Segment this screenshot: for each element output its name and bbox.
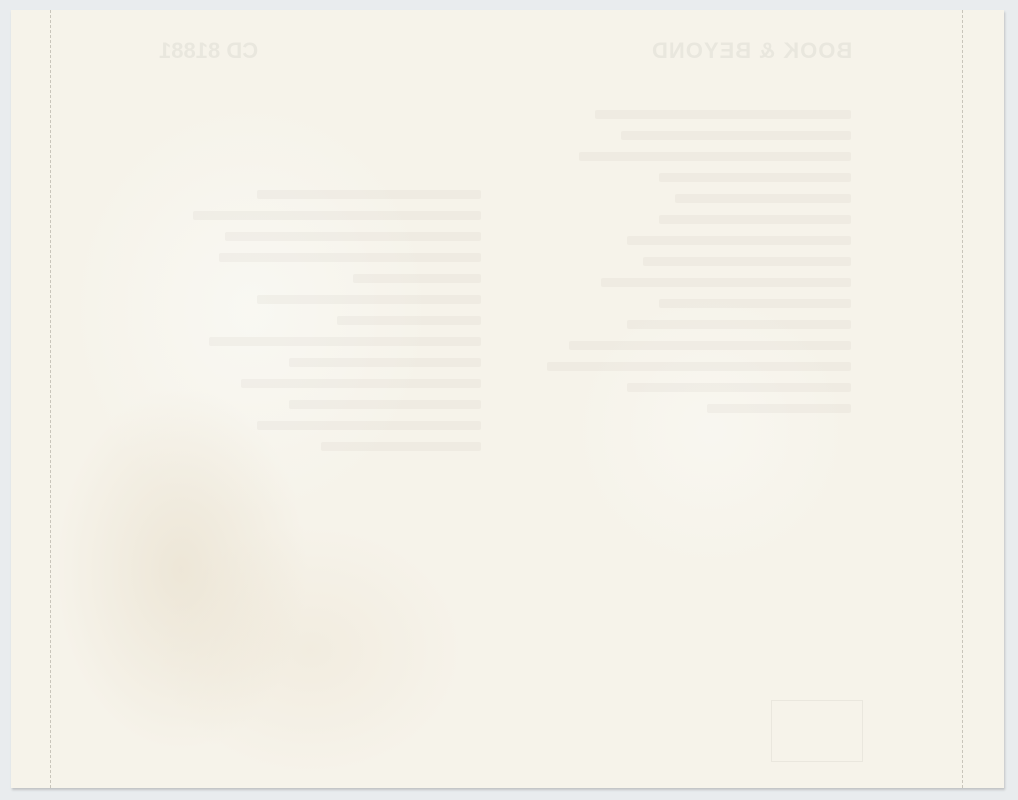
bleed-through-credits	[161, 190, 481, 463]
bleed-through-catalog-number: CD 81881	[159, 38, 258, 64]
cd-insert-paper: BOOK & BEYOND CD 81881	[11, 10, 1004, 788]
bleed-through-title: BOOK & BEYOND	[651, 38, 852, 64]
bleed-through-tracklist	[531, 110, 851, 425]
left-perforation-line	[50, 10, 51, 788]
bleed-through-barcode-block	[771, 700, 863, 762]
right-perforation-line	[962, 10, 963, 788]
